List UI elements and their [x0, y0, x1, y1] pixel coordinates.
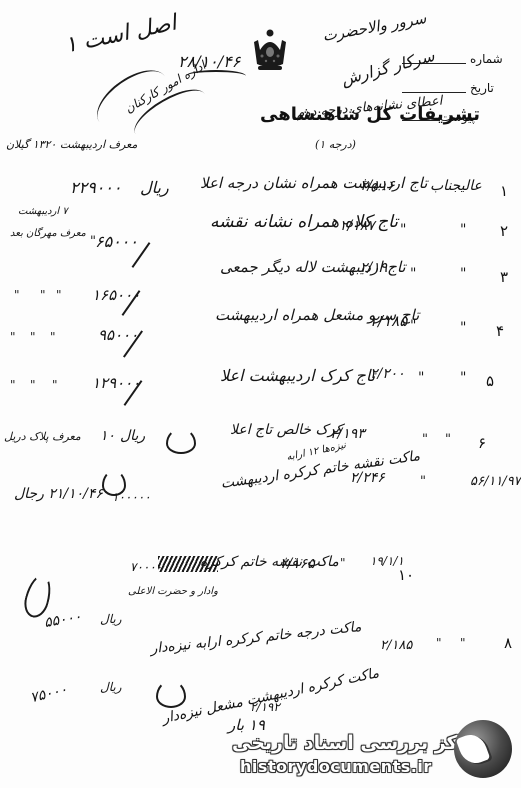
amount-4-ditto-2: " [30, 330, 35, 344]
item-8-ditto: " [460, 636, 465, 650]
item-3-description: تاج اردیبهشت لاله دیگر جمعی [220, 258, 406, 276]
item-2-amount: ۶۵۰۰۰ [95, 232, 138, 251]
item-5-ditto: " [418, 370, 424, 386]
field-label-attachment: پیوست [440, 110, 475, 124]
watermark-text-en: historydocuments.ir [240, 757, 432, 776]
annotation-top-right-1: سرور والاحضرت [321, 9, 427, 45]
amount-4-ditto: " [10, 330, 15, 344]
item-10-prefix: ۱۹/۱/۱ [370, 554, 404, 568]
item-8-code: ۲/۱۸۵ [380, 638, 412, 653]
item-7-ditto: " [420, 474, 426, 489]
field-label-number: شماره [470, 52, 503, 66]
document-page: تشریفات کل شاهنشاهی شماره تاریخ پیوست اص… [0, 0, 521, 788]
item-5-description: تاج کرک اردیبهشت اعلا [220, 366, 375, 385]
amount-5-ditto: " [10, 378, 15, 392]
field-label-date: تاریخ [470, 81, 494, 95]
signature-loop [156, 680, 186, 708]
item-8-amount: ۵۵۰۰۰ [43, 609, 83, 631]
item-9-amount: ۷۵۰۰۰ [29, 682, 69, 707]
item-4-description: تاج سرو مشعل همراه اردیبهشت [215, 306, 419, 324]
archive-logo-icon [454, 720, 512, 778]
item-1-holder: عالیجناب [430, 178, 482, 194]
annotation-sub-note: (درجه ۱) [315, 138, 356, 151]
item-4-holder: " [460, 320, 466, 336]
annotation-top-right-2: سرکار گزارش [339, 46, 436, 89]
annotation-left-2: معرف مهرگان بعد [10, 228, 86, 239]
item-6-unit: ریال [120, 428, 145, 444]
item-1-number: ۱ [500, 182, 508, 200]
item-3-holder: " [460, 266, 466, 282]
item-6-ditto: " [422, 432, 428, 447]
item-5-number: ۵ [486, 372, 494, 390]
item-6-holder: " [445, 432, 451, 447]
amount-3-ditto-3: " [56, 288, 61, 302]
item-5-holder: " [460, 370, 466, 386]
item-3-ditto: " [410, 266, 416, 282]
item-7-prefix: ۵۶/۱۱/۹۷ [470, 474, 521, 489]
annotation-left-2b: ۷ اردیبهشت [18, 206, 68, 217]
annotation-left-1: معرف اردیبهشت ۱۳۲۰ گیلان [6, 138, 137, 151]
crossed-out-text [158, 556, 218, 572]
crown-emblem-icon [250, 28, 290, 72]
watermark-text-fa: مرکز بررسی اسناد تاریخی [232, 732, 481, 754]
amount-5-ditto-3: " [52, 378, 57, 392]
item-6-description: کرک خالص تاج اعلا [230, 422, 342, 438]
item-5-code: ۲/۲۰۰ [370, 366, 405, 382]
item-10-description: ماکت نقشه خاتم کرکره [200, 554, 339, 570]
item-10-ditto: " [340, 556, 345, 570]
amount-3-ditto: " [14, 288, 19, 302]
item-7-amount: ۱۰۰۰۰۰ [112, 490, 151, 504]
item-8-unit: ریال [100, 612, 122, 626]
amount-5-ditto-2: " [30, 378, 35, 392]
field-line-attachment [402, 120, 440, 121]
item-8-number: ۸ [504, 634, 512, 652]
item-1-unit: ریال [140, 178, 169, 197]
item-1-amount: ۲۲۹۰۰۰ [70, 178, 122, 197]
item-2-ditto: " [400, 222, 406, 238]
amount-3-ditto-2: " [40, 288, 45, 302]
signature-loop [166, 428, 196, 454]
item-2-number: ۲ [500, 222, 508, 240]
item-8-ditto-2: " [436, 636, 441, 650]
amount-4-ditto-3: " [50, 330, 55, 344]
annotation-top-left: اصل است ۱ [63, 10, 179, 58]
item-6-number: ۶ [478, 434, 486, 452]
item-3-number: ۳ [500, 268, 508, 286]
item-6-amount: ۱۰ [100, 428, 115, 444]
item-1-description: تاج اردیبهشت همراه نشان درجه اعلا [200, 174, 427, 192]
item-4-number: ۴ [496, 322, 504, 340]
annotation-left-4: ۲۱/۱۰/۴۶ رجال [14, 486, 103, 502]
annotation-left-3: معرف پلاک دریل [4, 430, 81, 443]
annotation-crossed-note: وادار و حضرت الاعلی [128, 586, 218, 597]
item-9-description: ماکت کرکره اردیبهشت مشعل نیزه‌دار [161, 665, 381, 727]
item-2-holder: " [460, 222, 466, 238]
item-9-unit: ریال [100, 680, 122, 694]
item-8-description: ماکت درجه خاتم کرکره ارابه نیزه‌دار [150, 619, 362, 657]
item-2-description: تاج کلاه همراه نشانه نقشه [210, 212, 398, 232]
item-10-number: ۱۰ [398, 566, 414, 584]
field-line-date [402, 92, 466, 93]
amount-2-ditto: " [90, 234, 96, 249]
